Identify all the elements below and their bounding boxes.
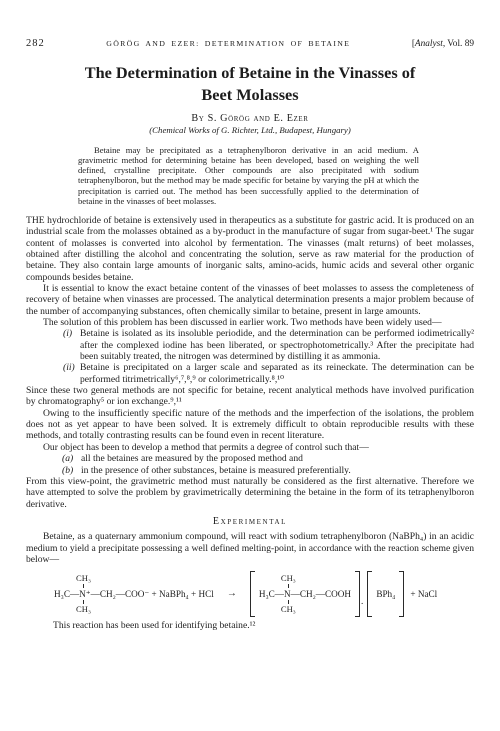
journal-name: Analyst — [415, 39, 443, 49]
anion-bracket: BPh₄ — [367, 571, 404, 617]
anion-formula: BPh₄ — [376, 589, 395, 599]
ion-pair-dot: . — [361, 596, 363, 606]
product-structure: CH₃ H₃C—N—CH₂—COOH CH₃ — [259, 574, 351, 614]
page-header: 282 GÖRÖG AND EZER: DETERMINATION OF BET… — [26, 38, 474, 49]
journal-reference: [Analyst, Vol. 89 — [412, 39, 474, 49]
bond-line — [83, 584, 84, 588]
journal-page: 282 GÖRÖG AND EZER: DETERMINATION OF BET… — [0, 0, 500, 731]
reactant-structure: CH₃ H₃C—N⁺—CH₂—COO⁻ + NaBPh₄ + HCl CH₃ — [54, 574, 214, 614]
byproduct: + NaCl — [410, 589, 437, 599]
running-head: GÖRÖG AND EZER: DETERMINATION OF BETAINE — [45, 39, 412, 48]
paragraph-object: Our object has been to develop a method … — [26, 442, 474, 453]
product-methyl-bottom: CH₃ — [281, 605, 351, 614]
list-item-a-label: (a) — [62, 453, 81, 464]
paragraph-since: Since these two general methods are not … — [26, 385, 474, 408]
article-title-line1: The Determination of Betaine in the Vina… — [26, 62, 474, 84]
list-item-b-text: in the presence of other substances, bet… — [81, 465, 474, 476]
abstract: Betaine may be precipitated as a tetraph… — [78, 145, 419, 206]
affiliation: (Chemical Works of G. Richter, Ltd., Bud… — [26, 125, 474, 135]
page-number: 282 — [26, 38, 45, 49]
product-cation-bracket: CH₃ H₃C—N—CH₂—COOH CH₃ — [250, 571, 360, 617]
paragraph-betaine-reaction: Betaine, as a quaternary ammonium compou… — [26, 531, 474, 565]
reactant-methyl-bottom: CH₃ — [76, 605, 214, 614]
reaction-scheme: CH₃ H₃C—N⁺—CH₂—COO⁻ + NaBPh₄ + HCl CH₃ →… — [54, 571, 474, 617]
paragraph-closing: This reaction has been used for identify… — [26, 620, 474, 631]
paragraph-essential: It is essential to know the exact betain… — [26, 283, 474, 317]
byline: By S. Görög and E. Ezer — [26, 113, 474, 124]
list-item-i: (i) Betaine is isolated as its insoluble… — [26, 328, 474, 362]
list-item-i-label: (i) — [63, 328, 80, 362]
list-item-b: (b) in the presence of other substances,… — [26, 465, 474, 476]
article-title: The Determination of Betaine in the Vina… — [26, 62, 474, 105]
article-title-line2: Beet Molasses — [26, 84, 474, 106]
list-item-i-text: Betaine is isolated as its insoluble per… — [80, 328, 474, 362]
reactant-formula: H₃C—N⁺—CH₂—COO⁻ + NaBPh₄ + HCl — [54, 589, 214, 599]
section-heading-experimental: Experimental — [26, 516, 474, 527]
list-item-a-text: all the betaines are measured by the pro… — [81, 453, 474, 464]
list-item-ii-text: Betaine is precipitated on a larger scal… — [80, 362, 474, 385]
reactant-methyl-top: CH₃ — [76, 574, 214, 583]
paragraph-solution: The solution of this problem has been di… — [26, 317, 474, 328]
list-item-a: (a) all the betaines are measured by the… — [26, 453, 474, 464]
article-body: THE hydrochloride of betaine is extensiv… — [26, 215, 474, 632]
paragraph-intro: THE hydrochloride of betaine is extensiv… — [26, 215, 474, 283]
reaction-arrow: → — [227, 589, 237, 599]
list-item-b-label: (b) — [62, 465, 81, 476]
journal-volume: , Vol. 89 — [443, 39, 474, 49]
list-item-ii-label: (ii) — [63, 362, 80, 385]
bond-line — [288, 584, 289, 588]
product-formula: H₃C—N—CH₂—COOH — [259, 589, 351, 599]
paragraph-viewpoint: From this view-point, the gravimetric me… — [26, 476, 474, 510]
product-methyl-top: CH₃ — [281, 574, 351, 583]
paragraph-owing: Owing to the insufficiently specific nat… — [26, 408, 474, 442]
list-item-ii: (ii) Betaine is precipitated on a larger… — [26, 362, 474, 385]
